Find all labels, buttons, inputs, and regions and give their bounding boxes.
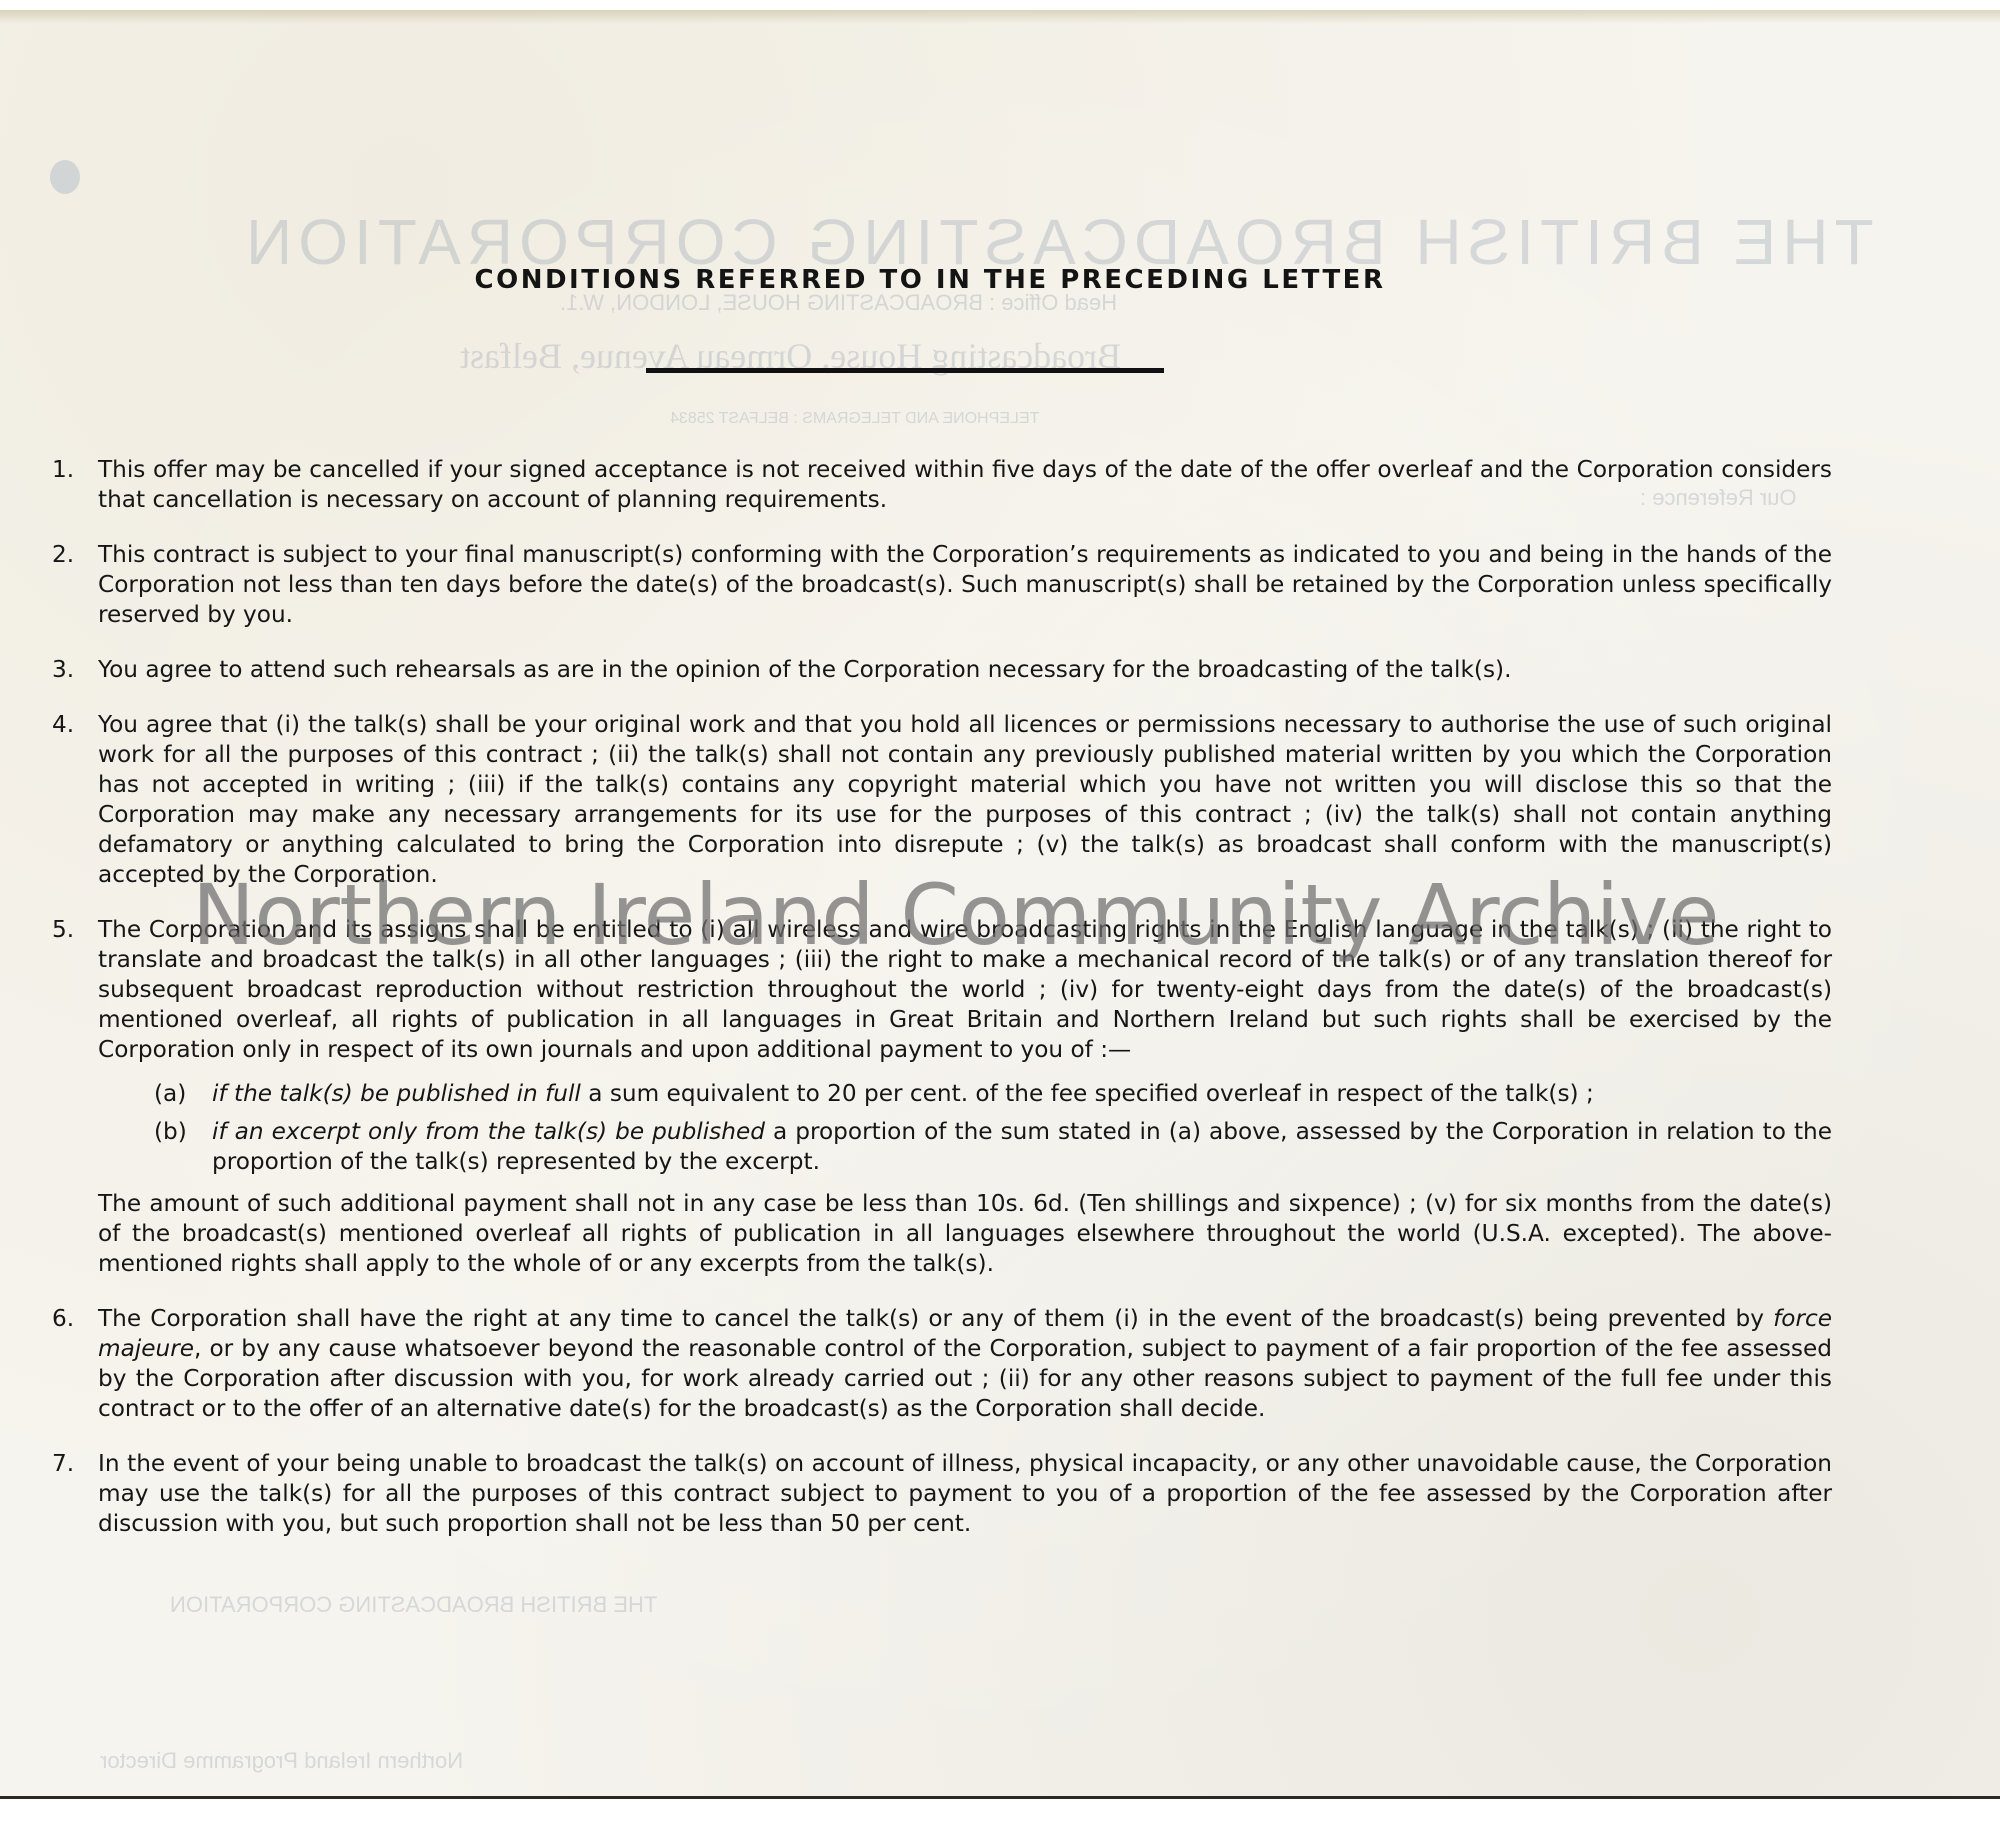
ghost-punch-mark [50, 160, 80, 194]
condition-item-7: 7. In the event of your being unable to … [52, 1449, 1832, 1539]
subitem-label: (b) [154, 1117, 212, 1177]
condition-number: 3. [52, 655, 98, 685]
show-through-signatory-title: Northern Ireland Programme Director [100, 1748, 463, 1774]
condition-continuation-text: The amount of such additional payment sh… [98, 1189, 1832, 1279]
condition-number: 5. [52, 915, 98, 1279]
condition-text: The Corporation and its assigns shall be… [98, 915, 1832, 1065]
condition-text: The Corporation shall have the right at … [98, 1305, 1773, 1332]
condition-text: You agree that (i) the talk(s) shall be … [98, 710, 1832, 890]
condition-item-6: 6. The Corporation shall have the right … [52, 1304, 1832, 1424]
condition-text: , or by any cause whatsoever beyond the … [98, 1335, 1832, 1422]
subitem-label: (a) [154, 1079, 212, 1109]
show-through-telephone: TELEPHONE AND TELEGRAMS : BELFAST 25834 [670, 410, 1039, 428]
condition-item-3: 3. You agree to attend such rehearsals a… [52, 655, 1832, 685]
condition-item-1: 1. This offer may be cancelled if your s… [52, 455, 1832, 515]
condition-subitem-a: (a) if the talk(s) be published in full … [154, 1079, 1832, 1109]
condition-item-2: 2. This contract is subject to your fina… [52, 540, 1832, 630]
conditions-list: 1. This offer may be cancelled if your s… [52, 455, 1832, 1564]
title-underline-divider [646, 368, 1164, 373]
condition-subitem-b: (b) if an excerpt only from the talk(s) … [154, 1117, 1832, 1177]
condition-number: 7. [52, 1449, 98, 1539]
subitem-italic-text: if an excerpt only from the talk(s) be p… [212, 1118, 765, 1145]
subitem-text: a sum equivalent to 20 per cent. of the … [581, 1080, 1594, 1107]
condition-text: This offer may be cancelled if your sign… [98, 455, 1832, 515]
condition-subitems: (a) if the talk(s) be published in full … [154, 1079, 1832, 1177]
condition-text: You agree to attend such rehearsals as a… [98, 655, 1832, 685]
condition-number: 2. [52, 540, 98, 630]
show-through-signature-block: THE BRITISH BROADCASTING CORPORATION [170, 1592, 657, 1618]
condition-text: In the event of your being unable to bro… [98, 1449, 1832, 1539]
paper-stain [0, 10, 2000, 24]
condition-number: 4. [52, 710, 98, 890]
condition-text: This contract is subject to your final m… [98, 540, 1832, 630]
document-title: CONDITIONS REFERRED TO IN THE PRECEDING … [0, 265, 1860, 295]
condition-item-4: 4. You agree that (i) the talk(s) shall … [52, 710, 1832, 890]
condition-number: 1. [52, 455, 98, 515]
subitem-italic-text: if the talk(s) be published in full [212, 1080, 581, 1107]
condition-number: 6. [52, 1304, 98, 1424]
condition-item-5: 5. The Corporation and its assigns shall… [52, 915, 1832, 1279]
